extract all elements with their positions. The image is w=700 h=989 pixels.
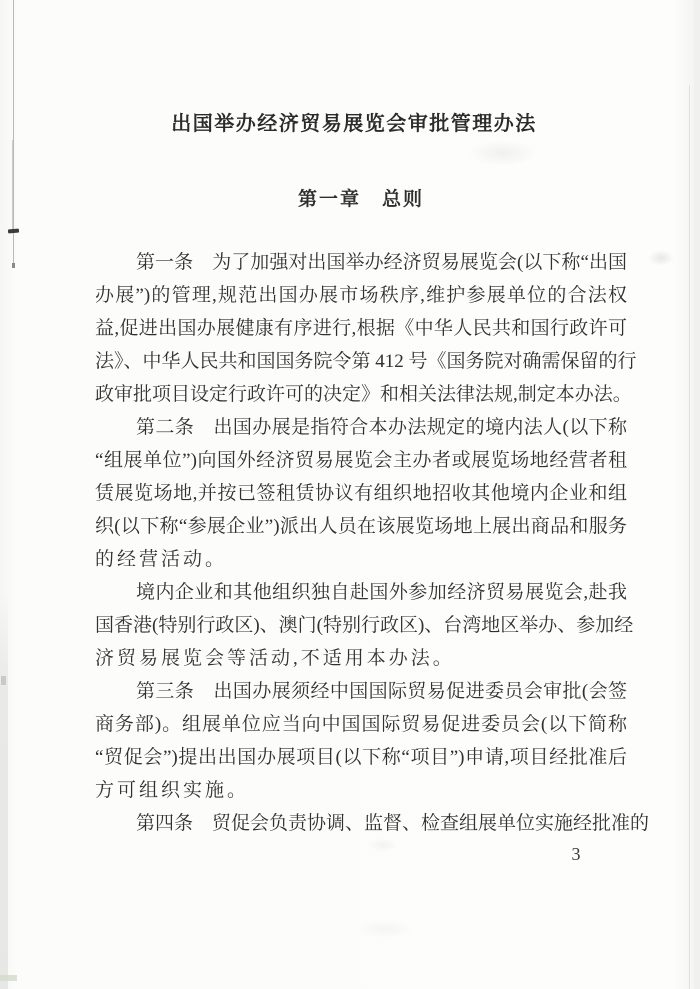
scan-ink-dot — [12, 263, 15, 268]
body-line: 赁展览场地,并按已签租赁协议有组织地招收其他境内企业和组 — [95, 477, 627, 510]
body-line: 办展”)的管理,规范出国办展市场秩序,维护参展单位的合法权 — [95, 279, 627, 312]
scan-smudge — [468, 140, 538, 166]
body-line: 第二条 出国办展是指符合本办法规定的境内法人(以下称 — [95, 411, 627, 444]
body-line: 织(以下称“参展企业”)派出人员在该展览场地上展出商品和服务 — [95, 510, 627, 543]
body-line: 济贸易展览会等活动,不适用本办法。 — [95, 642, 627, 675]
scan-left-edge-mark — [1, 676, 6, 685]
body-line: 境内企业和其他组织独自赴国外参加经济贸易展览会,赴我 — [95, 576, 627, 609]
scan-corner-mark — [0, 975, 17, 981]
chapter-heading: 第一章 总则 — [95, 184, 627, 211]
scan-smudge — [368, 838, 398, 852]
body-line: “贸促会”)提出出国办展项目(以下称“项目”)申请,项目经批准后 — [95, 741, 627, 774]
scan-ink-dash — [8, 229, 19, 234]
scan-smudge — [648, 250, 674, 266]
body-line: 方可组织实施。 — [95, 774, 627, 807]
scan-smudge — [355, 920, 415, 938]
body-line: 第三条 出国办展须经中国国际贸易促进委员会审批(会签 — [95, 675, 627, 708]
body-line: 政审批项目设定行政许可的决定》和相关法律法规,制定本办法。 — [95, 378, 627, 411]
scan-right-edge-shadow — [694, 0, 700, 989]
body-line: 第四条 贸促会负责协调、监督、检查组展单位实施经批准的 — [95, 807, 627, 840]
body-line: 国香港(特别行政区)、澳门(特别行政区)、台湾地区举办、参加经 — [95, 609, 627, 642]
scanned-document-page: 出国举办经济贸易展览会审批管理办法 第一章 总则 第一条 为了加强对出国举办经济… — [0, 0, 700, 989]
body-line: “组展单位”)向国外经济贸易展览会主办者或展览场地经营者租 — [95, 444, 627, 477]
body-line: 第一条 为了加强对出国举办经济贸易展览会(以下称“出国 — [95, 246, 627, 279]
scan-right-edge-line — [689, 85, 690, 989]
page-number: 3 — [558, 844, 594, 865]
scan-left-edge-shadow — [0, 590, 8, 989]
body-line: 法》、中华人民共和国国务院令第 412 号《国务院对确需保留的行 — [95, 345, 627, 378]
body-line: 的经营活动。 — [95, 543, 627, 576]
document-title: 出国举办经济贸易展览会审批管理办法 — [88, 107, 620, 136]
document-body: 第一条 为了加强对出国举办经济贸易展览会(以下称“出国 办展”)的管理,规范出国… — [95, 246, 627, 840]
scan-crease-line — [13, 0, 14, 266]
body-line: 益,促进出国办展健康有序进行,根据《中华人民共和国行政许可 — [95, 312, 627, 345]
scan-crease-line-faint — [12, 140, 13, 230]
body-line: 商务部)。组展单位应当向中国国际贸易促进委员会(以下简称 — [95, 708, 627, 741]
